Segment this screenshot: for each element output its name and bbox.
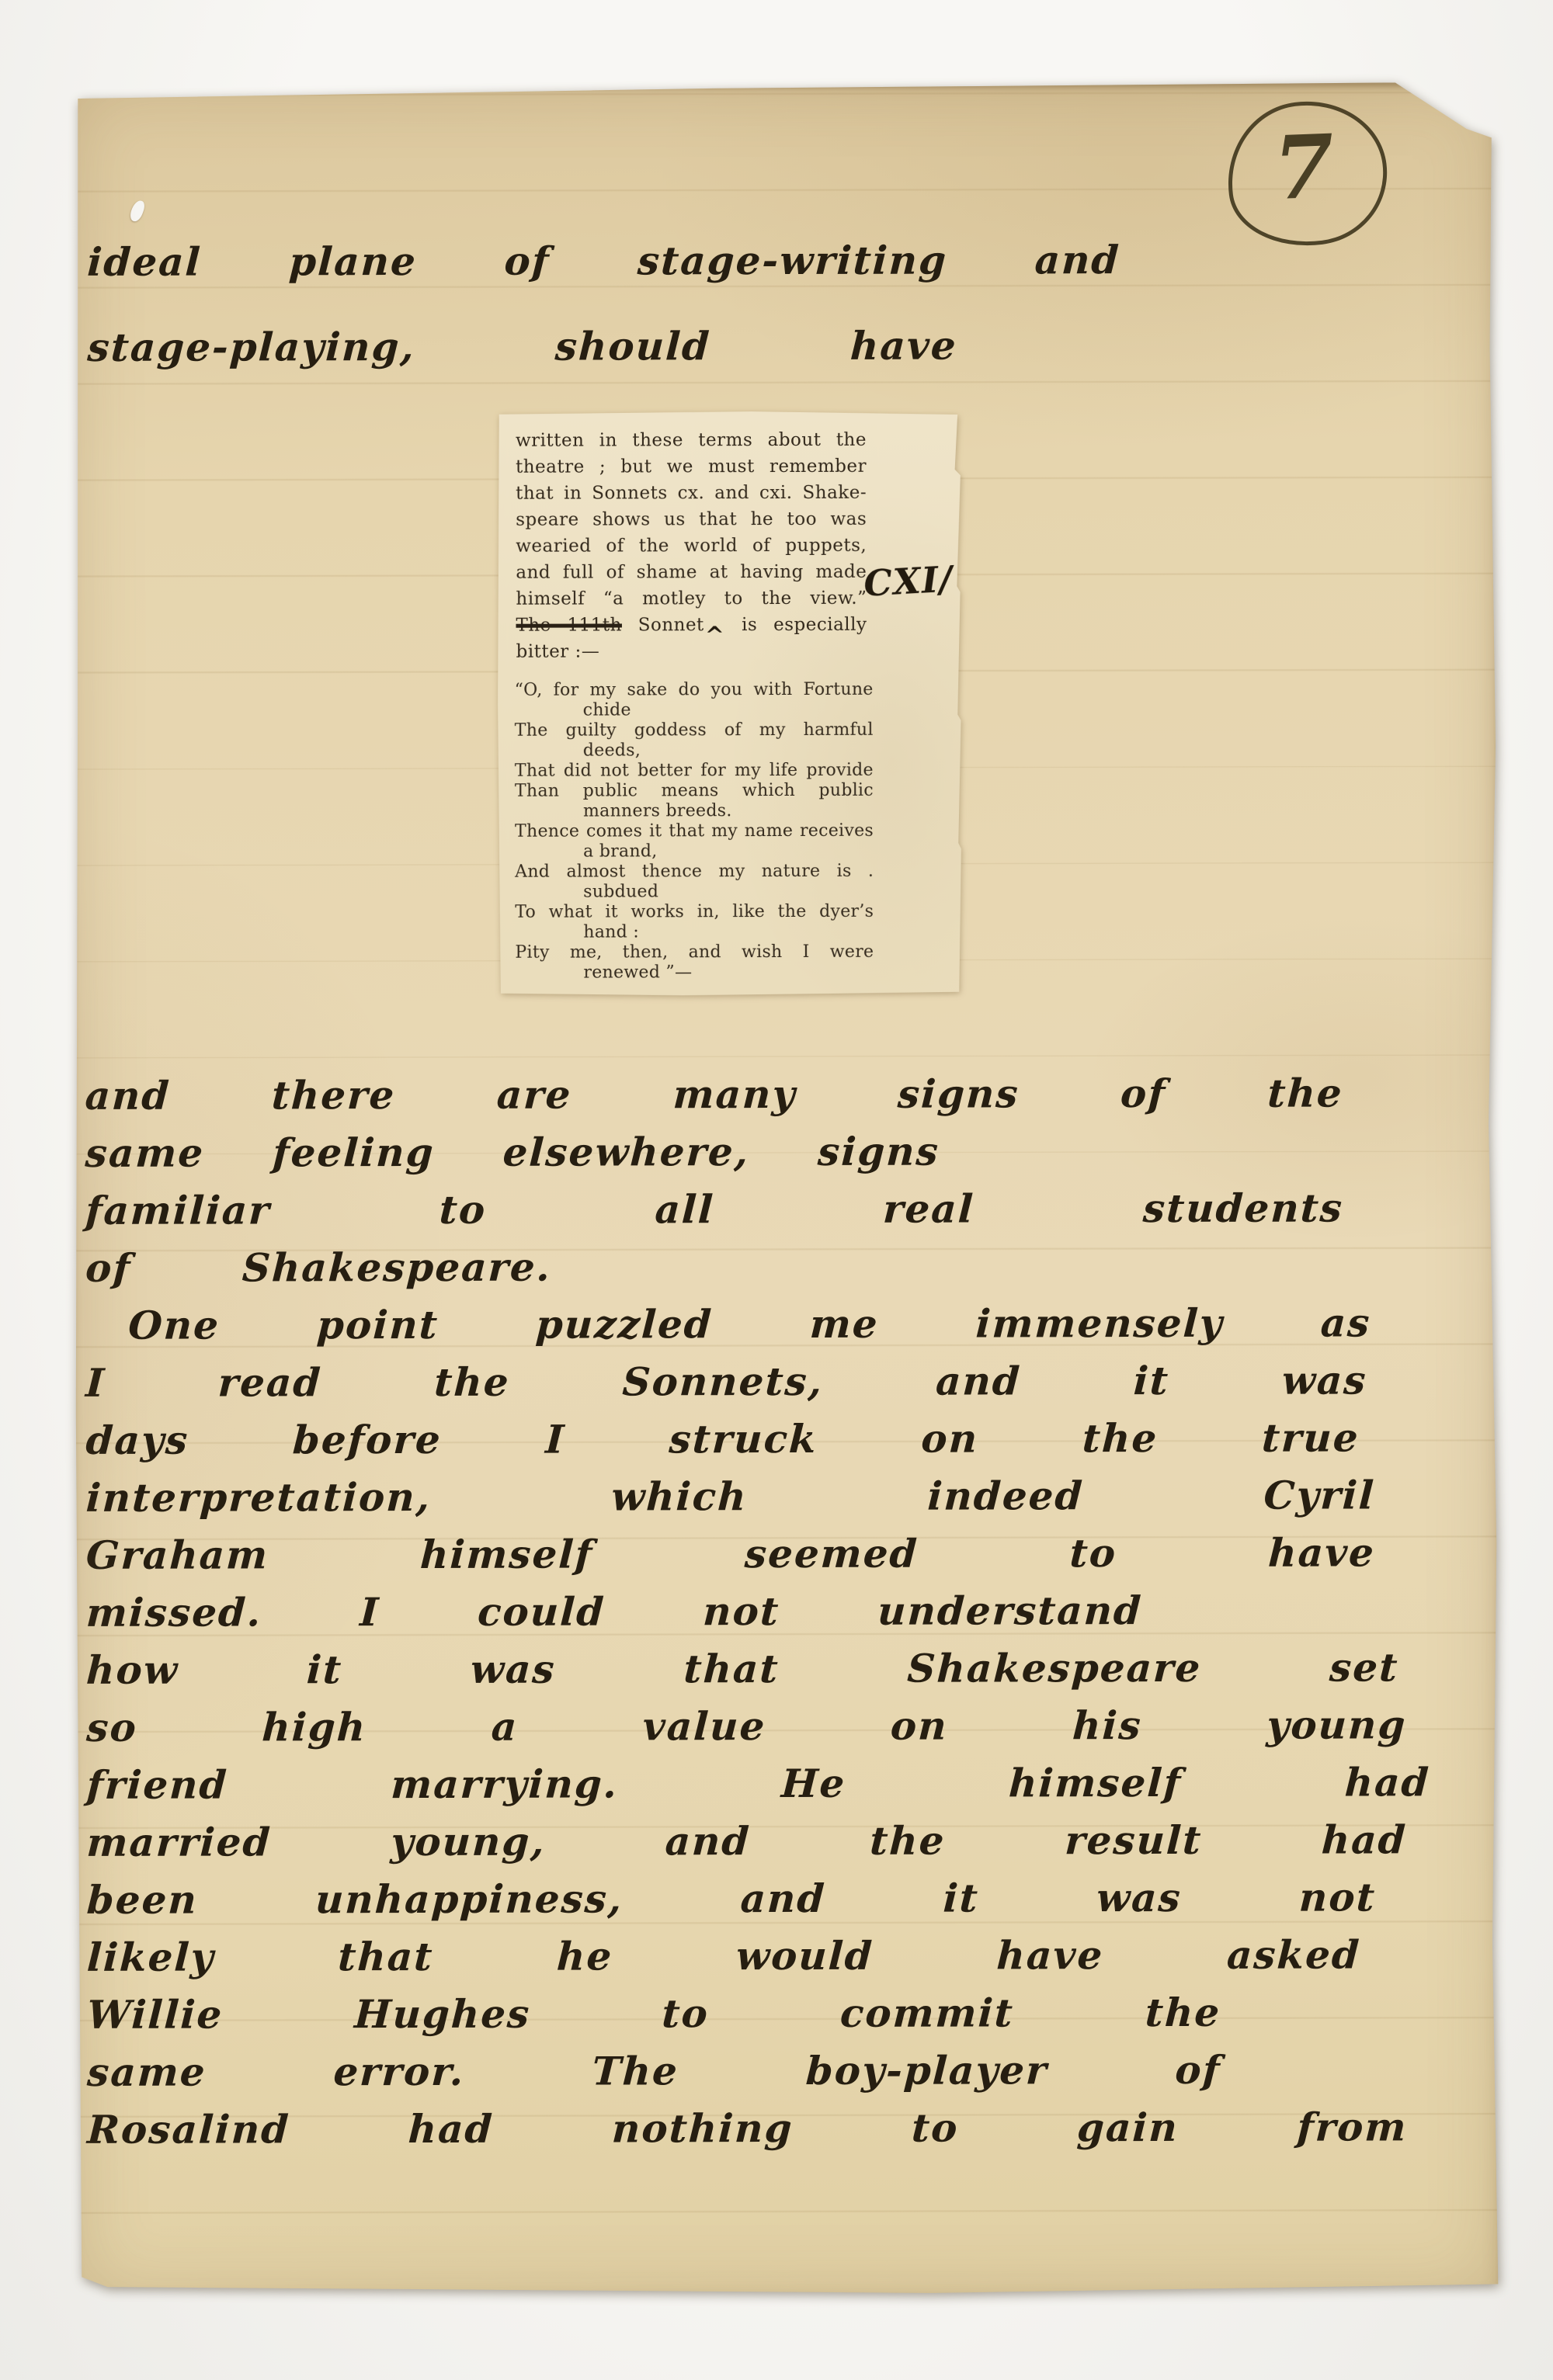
manuscript-page: 7 ideal plane of stage-writing andstage-… (71, 82, 1501, 2299)
handwritten-line: Rosalind had nothing to gain from (86, 2102, 1409, 2155)
handwritten-line: One point puzzled me immensely as (127, 1298, 1372, 1350)
handwritten-line: interpretation, which indeed Cyril (85, 1470, 1376, 1522)
handwritten-line: same feeling elsewhere, signs (84, 1127, 940, 1178)
handwritten-line: of Shakespeare. (85, 1243, 553, 1293)
handwritten-line: missed. I could not understand (85, 1586, 1144, 1638)
handwritten-line: days before I struck on the true (85, 1413, 1360, 1465)
handwritten-line: been unhappiness, and it was not (85, 1872, 1377, 1924)
handwritten-line: Willie Hughes to commit the (86, 1988, 1222, 2040)
handwritten-line: married young, and the result had (85, 1815, 1408, 1868)
handwritten-line: likely that he would have asked (85, 1930, 1361, 1982)
handwritten-line: how it was that Shakespeare set (85, 1643, 1400, 1695)
scan-background: 7 ideal plane of stage-writing andstage-… (0, 0, 1553, 2380)
handwritten-line: and there are many signs of the (84, 1068, 1344, 1120)
handwritten-line: friend marrying. He himself had (85, 1757, 1431, 1810)
handwritten-line: familiar to all real students (84, 1183, 1344, 1235)
handwriting-body-block: and there are many signs of thesame feel… (71, 82, 1501, 2299)
handwritten-line: I read the Sonnets, and it was (85, 1355, 1368, 1407)
paper-shadow-wrap: 7 ideal plane of stage-writing andstage-… (0, 0, 1553, 2380)
handwritten-line: so high a value on his young (85, 1700, 1408, 1753)
handwritten-line: Graham himself seemed to have (85, 1528, 1376, 1580)
handwritten-line: same error. The boy-player of (86, 2045, 1222, 2097)
